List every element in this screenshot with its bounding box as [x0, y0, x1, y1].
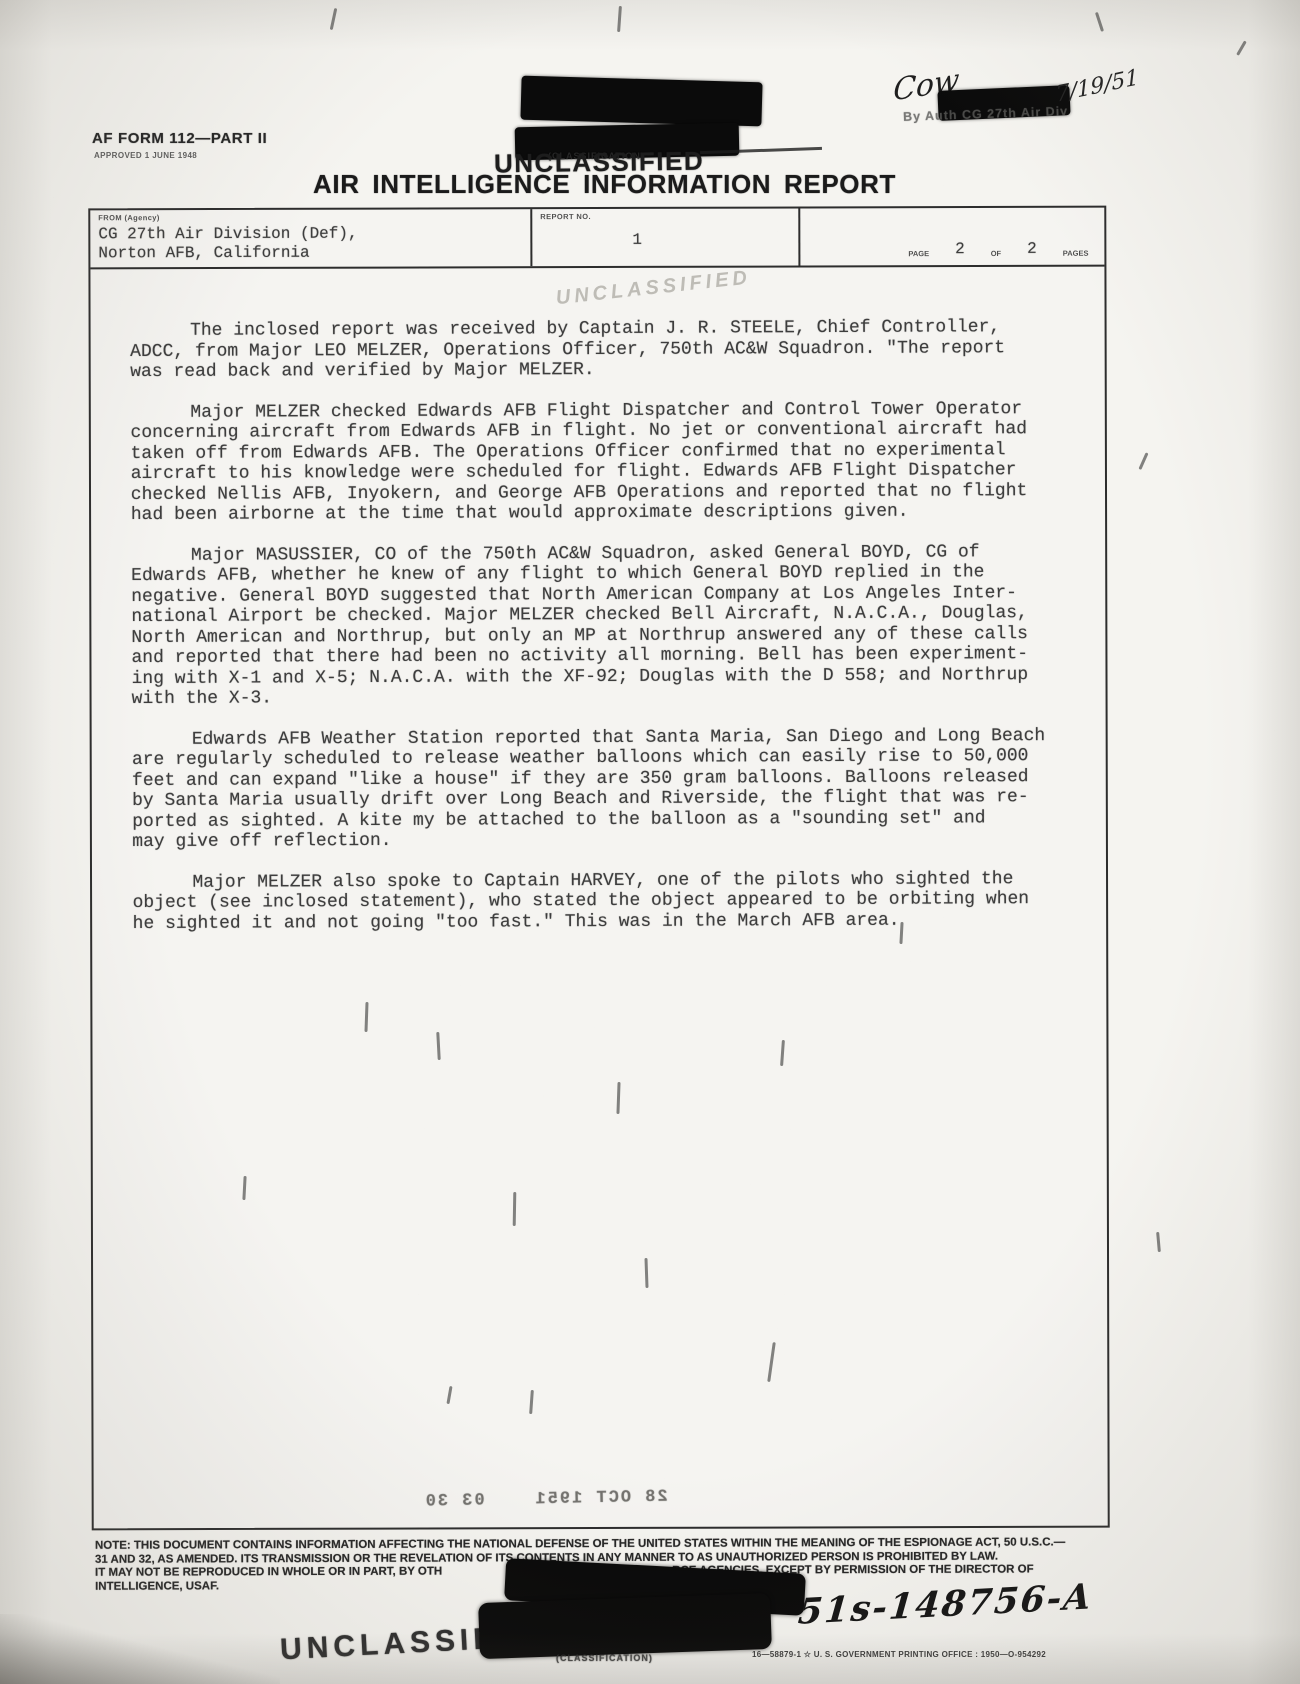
report-form-frame: FROM (Agency) CG 27th Air Division (Def)… [88, 206, 1109, 1531]
redaction-bar [520, 76, 762, 127]
paragraph: Major MELZER checked Edwards AFB Flight … [130, 398, 1079, 525]
corner-smudge [0, 1614, 280, 1684]
pages-total: 2 [1027, 240, 1037, 258]
report-no-label: REPORT NO. [540, 211, 790, 221]
gpo-print-info: 16—58879-1 ☆ U. S. GOVERNMENT PRINTING O… [752, 1650, 1046, 1659]
pages-label: PAGES [1063, 249, 1089, 258]
paragraph: The inclosed report was received by Capt… [130, 317, 1078, 383]
report-no-value: 1 [632, 230, 790, 249]
from-agency-label: FROM (Agency) [98, 212, 522, 222]
note-line3-pre: IT MAY NOT BE REPRODUCED IN WHOLE OR IN … [95, 1566, 442, 1581]
from-agency-cell: FROM (Agency) CG 27th Air Division (Def)… [90, 209, 532, 267]
faint-unclassified-scrawl: UNCLASSIFIED [555, 266, 752, 310]
form-approved-date: APPROVED 1 JUNE 1948 [94, 151, 197, 160]
scan-artifact [1095, 12, 1104, 32]
form-header-row: FROM (Agency) CG 27th Air Division (Def)… [90, 208, 1104, 270]
paragraph: Major MELZER also spoke to Captain HARVE… [132, 868, 1080, 934]
scanned-document-page: AF FORM 112—PART II APPROVED 1 JUNE 1948… [0, 0, 1300, 1684]
report-no-cell: REPORT NO. 1 [532, 208, 800, 266]
scan-artifact [1156, 1232, 1160, 1252]
scan-artifact [330, 8, 337, 30]
from-agency-value: CG 27th Air Division (Def), Norton AFB, … [98, 224, 522, 263]
handwritten-date: 7/19/51 [1055, 65, 1140, 108]
paragraph: Edwards AFB Weather Station reported tha… [132, 725, 1081, 852]
classification-smudge: (CLASSIFICATION) [556, 1653, 653, 1663]
received-date-stamp: 28 OCT 1951 03 30 [423, 1488, 667, 1512]
redaction-blob [478, 1593, 772, 1659]
page-label: PAGE [908, 249, 929, 258]
unclassified-stamp-top: UNCLASSIFIED [494, 146, 705, 180]
page-count-cell: PAGE 2 OF 2 PAGES [800, 208, 1104, 266]
scan-artifact [617, 6, 621, 32]
scan-artifact [1138, 452, 1148, 469]
page-number: 2 [955, 240, 965, 258]
form-number: AF FORM 112—PART II [92, 130, 267, 147]
report-body: The inclosed report was received by Capt… [130, 317, 1081, 954]
paragraph: Major MASUSSIER, CO of the 750th AC&W Sq… [131, 541, 1080, 709]
authority-stamp: By Auth CG 27th Air Div [903, 104, 1069, 124]
scan-artifact [1236, 40, 1246, 55]
of-label: OF [991, 249, 1001, 258]
